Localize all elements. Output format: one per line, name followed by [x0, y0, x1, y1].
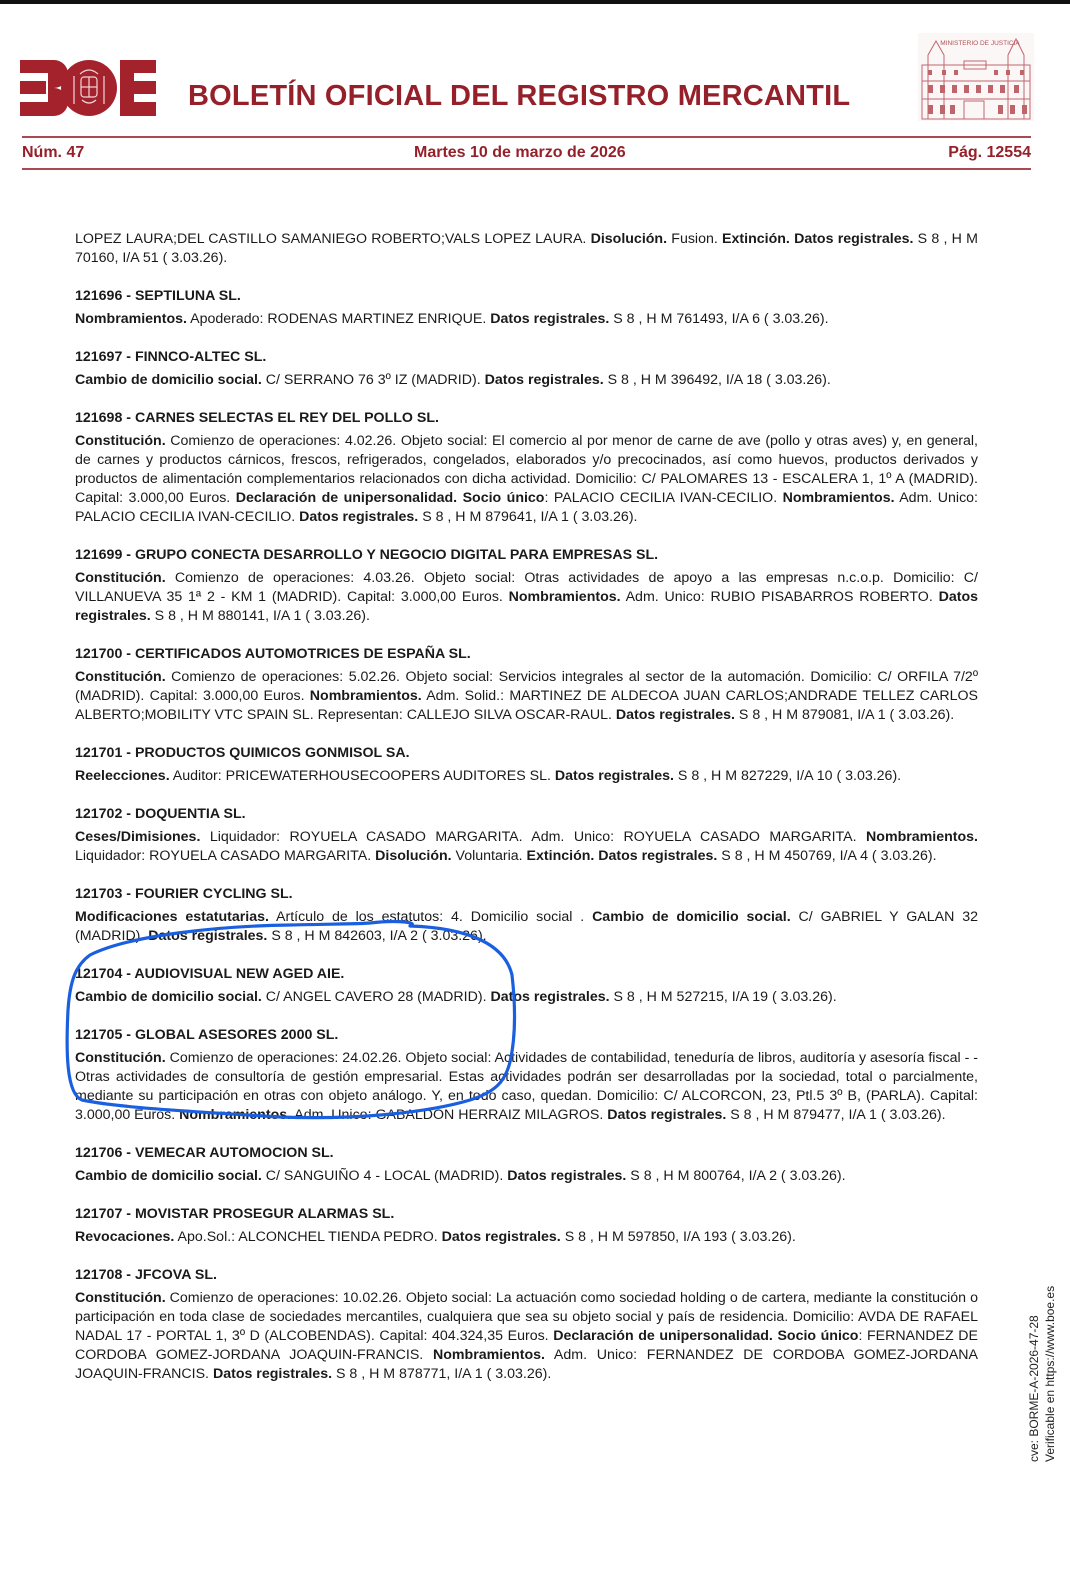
registry-entry: 121706 - VEMECAR AUTOMOCION SL.Cambio de…	[75, 1144, 978, 1186]
page-number: Pág. 12554	[948, 144, 1031, 162]
entry-body: Constitución. Comienzo de operaciones: 2…	[75, 1049, 978, 1125]
registry-entry: 121705 - GLOBAL ASESORES 2000 SL.Constit…	[75, 1026, 978, 1125]
field-label: Nombramientos.	[179, 1107, 291, 1123]
top-border	[0, 0, 1070, 4]
field-label: Extinción. Datos registrales.	[527, 848, 718, 864]
entry-title: 121696 - SEPTILUNA SL.	[75, 287, 978, 306]
entry-title: 121708 - JFCOVA SL.	[75, 1266, 978, 1285]
verification-note: cve: BORME-A-2026-47-28 Verificable en h…	[1026, 1286, 1058, 1462]
entry-body: Constitución. Comienzo de operaciones: 1…	[75, 1289, 978, 1384]
entry-body: Cambio de domicilio social. C/ ANGEL CAV…	[75, 988, 978, 1007]
registry-entry: 121698 - CARNES SELECTAS EL REY DEL POLL…	[75, 409, 978, 527]
field-label: Revocaciones.	[75, 1229, 174, 1245]
field-label: Datos registrales.	[555, 768, 674, 784]
field-label: Reelecciones.	[75, 768, 170, 784]
cve-code: cve: BORME-A-2026-47-28	[1026, 1286, 1042, 1462]
entries-list: 121696 - SEPTILUNA SL.Nombramientos. Apo…	[75, 287, 978, 1384]
entry-title: 121703 - FOURIER CYCLING SL.	[75, 885, 978, 904]
entry-body: Constitución. Comienzo de operaciones: 4…	[75, 569, 978, 626]
continuation-paragraph: LOPEZ LAURA;DEL CASTILLO SAMANIEGO ROBER…	[75, 230, 978, 268]
entry-title: 121699 - GRUPO CONECTA DESARROLLO Y NEGO…	[75, 546, 978, 565]
field-label: Datos registrales.	[442, 1229, 561, 1245]
entry-body: Constitución. Comienzo de operaciones: 5…	[75, 668, 978, 725]
entry-body: Reelecciones. Auditor: PRICEWATERHOUSECO…	[75, 767, 978, 786]
field-label: Datos registrales.	[607, 1107, 726, 1123]
field-label: Ceses/Dimisiones.	[75, 829, 200, 845]
field-label: Cambio de domicilio social.	[75, 1168, 262, 1184]
entry-title: 121700 - CERTIFICADOS AUTOMOTRICES DE ES…	[75, 645, 978, 664]
page-title: BOLETÍN OFICIAL DEL REGISTRO MERCANTIL	[188, 80, 850, 113]
field-label: Cambio de domicilio social.	[75, 372, 262, 388]
issue-number: Núm. 47	[22, 144, 84, 162]
entry-body: Nombramientos. Apoderado: RODENAS MARTIN…	[75, 310, 978, 329]
field-label: Nombramientos.	[866, 829, 978, 845]
ministry-label: MINISTERIO DE JUSTICIA	[940, 40, 1020, 47]
registry-entry: 121701 - PRODUCTOS QUIMICOS GONMISOL SA.…	[75, 744, 978, 786]
entry-title: 121697 - FINNCO-ALTEC SL.	[75, 348, 978, 367]
document-body: LOPEZ LAURA;DEL CASTILLO SAMANIEGO ROBER…	[75, 230, 978, 1384]
field-label: Declaración de unipersonalidad. Socio ún…	[553, 1328, 858, 1344]
registry-entry: 121708 - JFCOVA SL.Constitución. Comienz…	[75, 1266, 978, 1384]
field-label: Datos registrales.	[490, 311, 609, 327]
registry-entry: 121697 - FINNCO-ALTEC SL.Cambio de domic…	[75, 348, 978, 390]
field-label: Nombramientos.	[75, 311, 187, 327]
ministry-building-icon: MINISTERIO DE JUSTICIA	[918, 33, 1034, 121]
field-label: Constitución.	[75, 433, 166, 449]
field-label: Nombramientos.	[310, 688, 422, 704]
field-label: Cambio de domicilio social.	[75, 989, 262, 1005]
field-label: Datos registrales.	[616, 707, 735, 723]
registry-entry: 121703 - FOURIER CYCLING SL.Modificacion…	[75, 885, 978, 946]
field-label: Datos registrales.	[507, 1168, 626, 1184]
entry-body: Cambio de domicilio social. C/ SERRANO 7…	[75, 371, 978, 390]
issue-date: Martes 10 de marzo de 2026	[414, 144, 626, 162]
field-label: Datos registrales.	[490, 989, 609, 1005]
registry-entry: 121696 - SEPTILUNA SL.Nombramientos. Apo…	[75, 287, 978, 329]
entry-body: Ceses/Dimisiones. Liquidador: ROYUELA CA…	[75, 828, 978, 866]
entry-title: 121704 - AUDIOVISUAL NEW AGED AIE.	[75, 965, 978, 984]
entry-body: Constitución. Comienzo de operaciones: 4…	[75, 432, 978, 527]
field-label: Modificaciones estatutarias.	[75, 909, 269, 925]
entry-body: Cambio de domicilio social. C/ SANGUIÑO …	[75, 1167, 978, 1186]
entry-body: Modificaciones estatutarias. Artículo de…	[75, 908, 978, 946]
field-label: Declaración de unipersonalidad. Socio ún…	[236, 490, 545, 506]
field-label: Extinción. Datos registrales.	[722, 231, 913, 247]
field-label: Nombramientos.	[433, 1347, 545, 1363]
field-label: Constitución.	[75, 1290, 166, 1306]
field-label: Datos registrales.	[213, 1366, 332, 1382]
entry-title: 121706 - VEMECAR AUTOMOCION SL.	[75, 1144, 978, 1163]
field-label: Constitución.	[75, 669, 166, 685]
field-label: Disolución.	[375, 848, 451, 864]
verification-url[interactable]: Verificable en https://www.boe.es	[1042, 1286, 1058, 1462]
registry-entry: 121699 - GRUPO CONECTA DESARROLLO Y NEGO…	[75, 546, 978, 626]
field-label: Datos registrales.	[299, 509, 418, 525]
entry-title: 121705 - GLOBAL ASESORES 2000 SL.	[75, 1026, 978, 1045]
field-label: Constitución.	[75, 570, 166, 586]
registry-entry: 121707 - MOVISTAR PROSEGUR ALARMAS SL.Re…	[75, 1205, 978, 1247]
field-label: Datos registrales.	[485, 372, 604, 388]
field-label: Nombramientos.	[783, 490, 895, 506]
field-label: Nombramientos.	[509, 589, 621, 605]
field-label: Constitución.	[75, 1050, 166, 1066]
registry-entry: 121700 - CERTIFICADOS AUTOMOTRICES DE ES…	[75, 645, 978, 725]
field-label: Datos registrales.	[148, 928, 267, 944]
header-rule-bottom	[22, 168, 1031, 170]
header-rule-top	[22, 136, 1031, 138]
field-label: Cambio de domicilio social.	[592, 909, 791, 925]
entry-title: 121698 - CARNES SELECTAS EL REY DEL POLL…	[75, 409, 978, 428]
registry-entry: 121702 - DOQUENTIA SL.Ceses/Dimisiones. …	[75, 805, 978, 866]
entry-body: Revocaciones. Apo.Sol.: ALCONCHEL TIENDA…	[75, 1228, 978, 1247]
entry-title: 121701 - PRODUCTOS QUIMICOS GONMISOL SA.	[75, 744, 978, 763]
entry-title: 121702 - DOQUENTIA SL.	[75, 805, 978, 824]
entry-title: 121707 - MOVISTAR PROSEGUR ALARMAS SL.	[75, 1205, 978, 1224]
registry-entry: 121704 - AUDIOVISUAL NEW AGED AIE.Cambio…	[75, 965, 978, 1007]
field-label: Disolución.	[591, 231, 667, 247]
boe-logo-icon	[20, 60, 156, 116]
